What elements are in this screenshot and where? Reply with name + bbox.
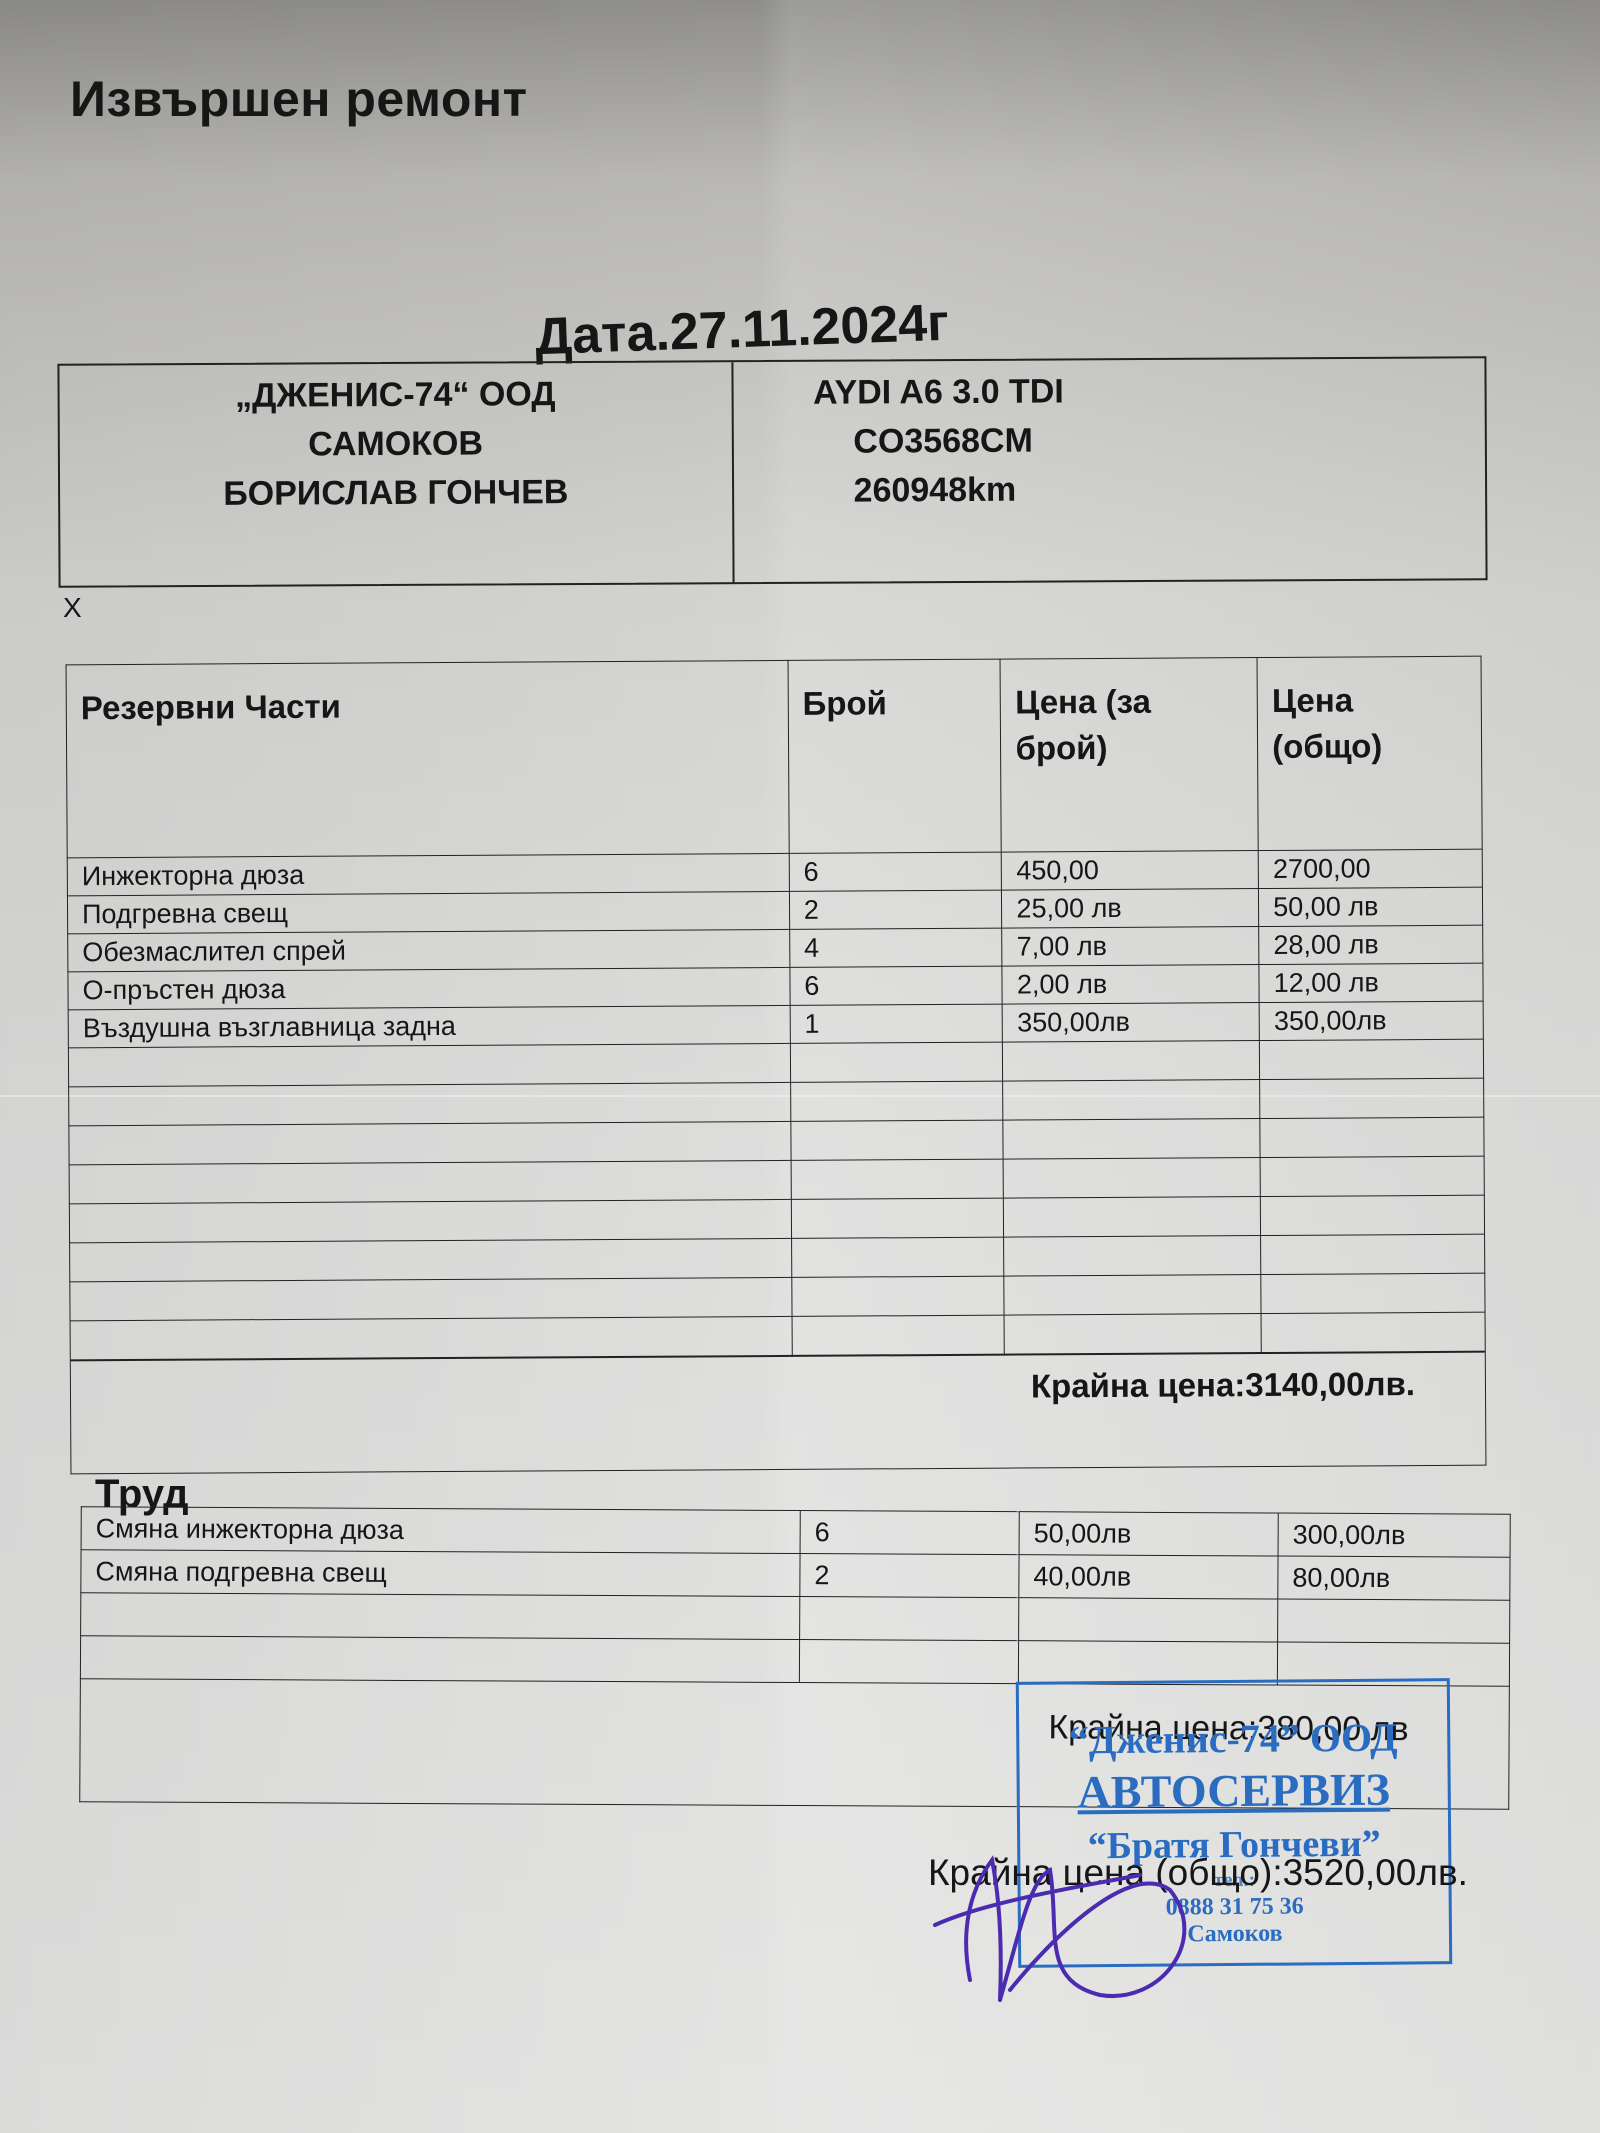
empty-cell [1260,1195,1484,1235]
company-name: „ДЖЕНИС-74“ ООД [235,375,556,416]
labor-unit-price: 40,00лв [1019,1555,1278,1599]
empty-cell [799,1640,1018,1684]
header-parts: Резервни Части [66,660,789,857]
parts-table: Резервни Части Брой Цена (за брой) Цена … [66,656,1487,1475]
empty-cell [1019,1598,1278,1642]
vehicle-info: AYDI A6 3.0 TDI CO3568CM 260948km [733,358,1486,582]
vehicle-model: AYDI A6 3.0 TDI [813,372,1064,412]
empty-cell [1260,1078,1484,1118]
part-qty: 2 [789,890,1002,929]
part-total-price: 28,00 лв [1259,925,1483,964]
document-date: Дата.27.11.2024г [534,293,950,367]
empty-cell [1004,1314,1261,1355]
part-total-price: 12,00 лв [1259,963,1483,1002]
part-total-price: 50,00 лв [1259,887,1483,926]
part-unit-price: 7,00 лв [1002,927,1259,967]
vehicle-plate: CO3568CM [813,422,1033,462]
labor-unit-price: 50,00лв [1019,1512,1278,1556]
labor-row: Смяна инжекторна дюза650,00лв300,00лв [81,1507,1510,1557]
x-mark: X [63,592,82,624]
company-person: БОРИСЛАВ ГОНЧЕВ [223,473,568,514]
empty-cell [1004,1236,1261,1277]
part-unit-price: 25,00 лв [1002,889,1259,929]
document-title: Извършен ремонт [70,70,528,128]
empty-cell [70,1238,792,1281]
header-total-price: Цена (общо) [1257,656,1482,850]
empty-cell [69,1121,791,1164]
empty-cell [1261,1312,1485,1353]
empty-cell [1260,1117,1484,1157]
company-info: „ДЖЕНИС-74“ ООД САМОКОВ БОРИСЛАВ ГОНЧЕВ [59,362,734,586]
header-unit-price: Цена (за брой) [1000,658,1258,853]
part-unit-price: 450,00 [1002,851,1259,891]
labor-name: Смяна подгревна свещ [81,1550,800,1597]
labor-total-price: 80,00лв [1278,1556,1510,1600]
signature-icon [930,1780,1250,2020]
labor-qty: 6 [800,1511,1019,1555]
empty-cell [791,1159,1004,1199]
empty-cell [80,1636,799,1683]
empty-cell [1003,1080,1260,1121]
part-name: Обезмаслител спрей [68,929,790,971]
part-name: Подгревна свещ [67,891,789,933]
empty-cell [1004,1197,1261,1238]
part-total-price: 350,00лв [1259,1001,1483,1040]
stamp-company: “Дженис-74” ООД [1019,1713,1447,1764]
empty-cell [1004,1158,1261,1199]
labor-row: Смяна подгревна свещ240,00лв80,00лв [81,1550,1510,1600]
part-total-price: 2700,00 [1258,849,1482,888]
header-qty: Брой [788,659,1002,853]
parts-header-row: Резервни Части Брой Цена (за брой) Цена … [66,656,1482,858]
labor-qty: 2 [800,1554,1019,1598]
part-qty: 4 [789,928,1002,967]
labor-total-price: 300,00лв [1278,1513,1510,1557]
empty-cell [1260,1156,1484,1196]
empty-cell [68,1043,790,1086]
empty-cell [1261,1234,1485,1274]
empty-cell [69,1082,791,1125]
header-info-box: „ДЖЕНИС-74“ ООД САМОКОВ БОРИСЛАВ ГОНЧЕВ … [57,356,1487,587]
empty-cell [69,1160,791,1203]
empty-cell [81,1593,800,1640]
part-name: Въздушна възглавница задна [68,1005,790,1047]
empty-cell [800,1597,1019,1641]
empty-cell [1003,1119,1260,1160]
part-qty: 6 [789,852,1002,891]
empty-cell [790,1042,1003,1082]
part-name: О-пръстен дюза [68,967,790,1009]
parts-total-row: Крайна цена:3140,00лв. [70,1352,1486,1474]
part-name: Инжекторна дюза [67,853,789,895]
empty-cell [70,1316,792,1360]
part-qty: 6 [790,966,1003,1005]
part-qty: 1 [790,1004,1003,1043]
empty-cell [791,1237,1004,1277]
vehicle-mileage: 260948km [813,471,1016,511]
empty-cell [792,1276,1005,1316]
empty-cell [1003,1041,1260,1082]
part-unit-price: 2,00 лв [1002,965,1259,1005]
empty-cell [70,1277,792,1320]
empty-cell [1004,1275,1261,1316]
labor-empty-row [81,1593,1510,1643]
empty-cell [792,1315,1005,1356]
empty-cell [791,1198,1004,1238]
labor-name: Смяна инжекторна дюза [81,1507,800,1554]
empty-cell [1018,1641,1277,1685]
empty-cell [1278,1599,1510,1643]
empty-cell [790,1081,1003,1121]
empty-cell [69,1199,791,1242]
empty-cell [1260,1039,1484,1079]
empty-cell [791,1120,1004,1160]
parts-total: Крайна цена:3140,00лв. [70,1352,1486,1474]
empty-cell [1261,1273,1485,1313]
part-unit-price: 350,00лв [1003,1003,1260,1043]
company-city: САМОКОВ [308,425,483,465]
